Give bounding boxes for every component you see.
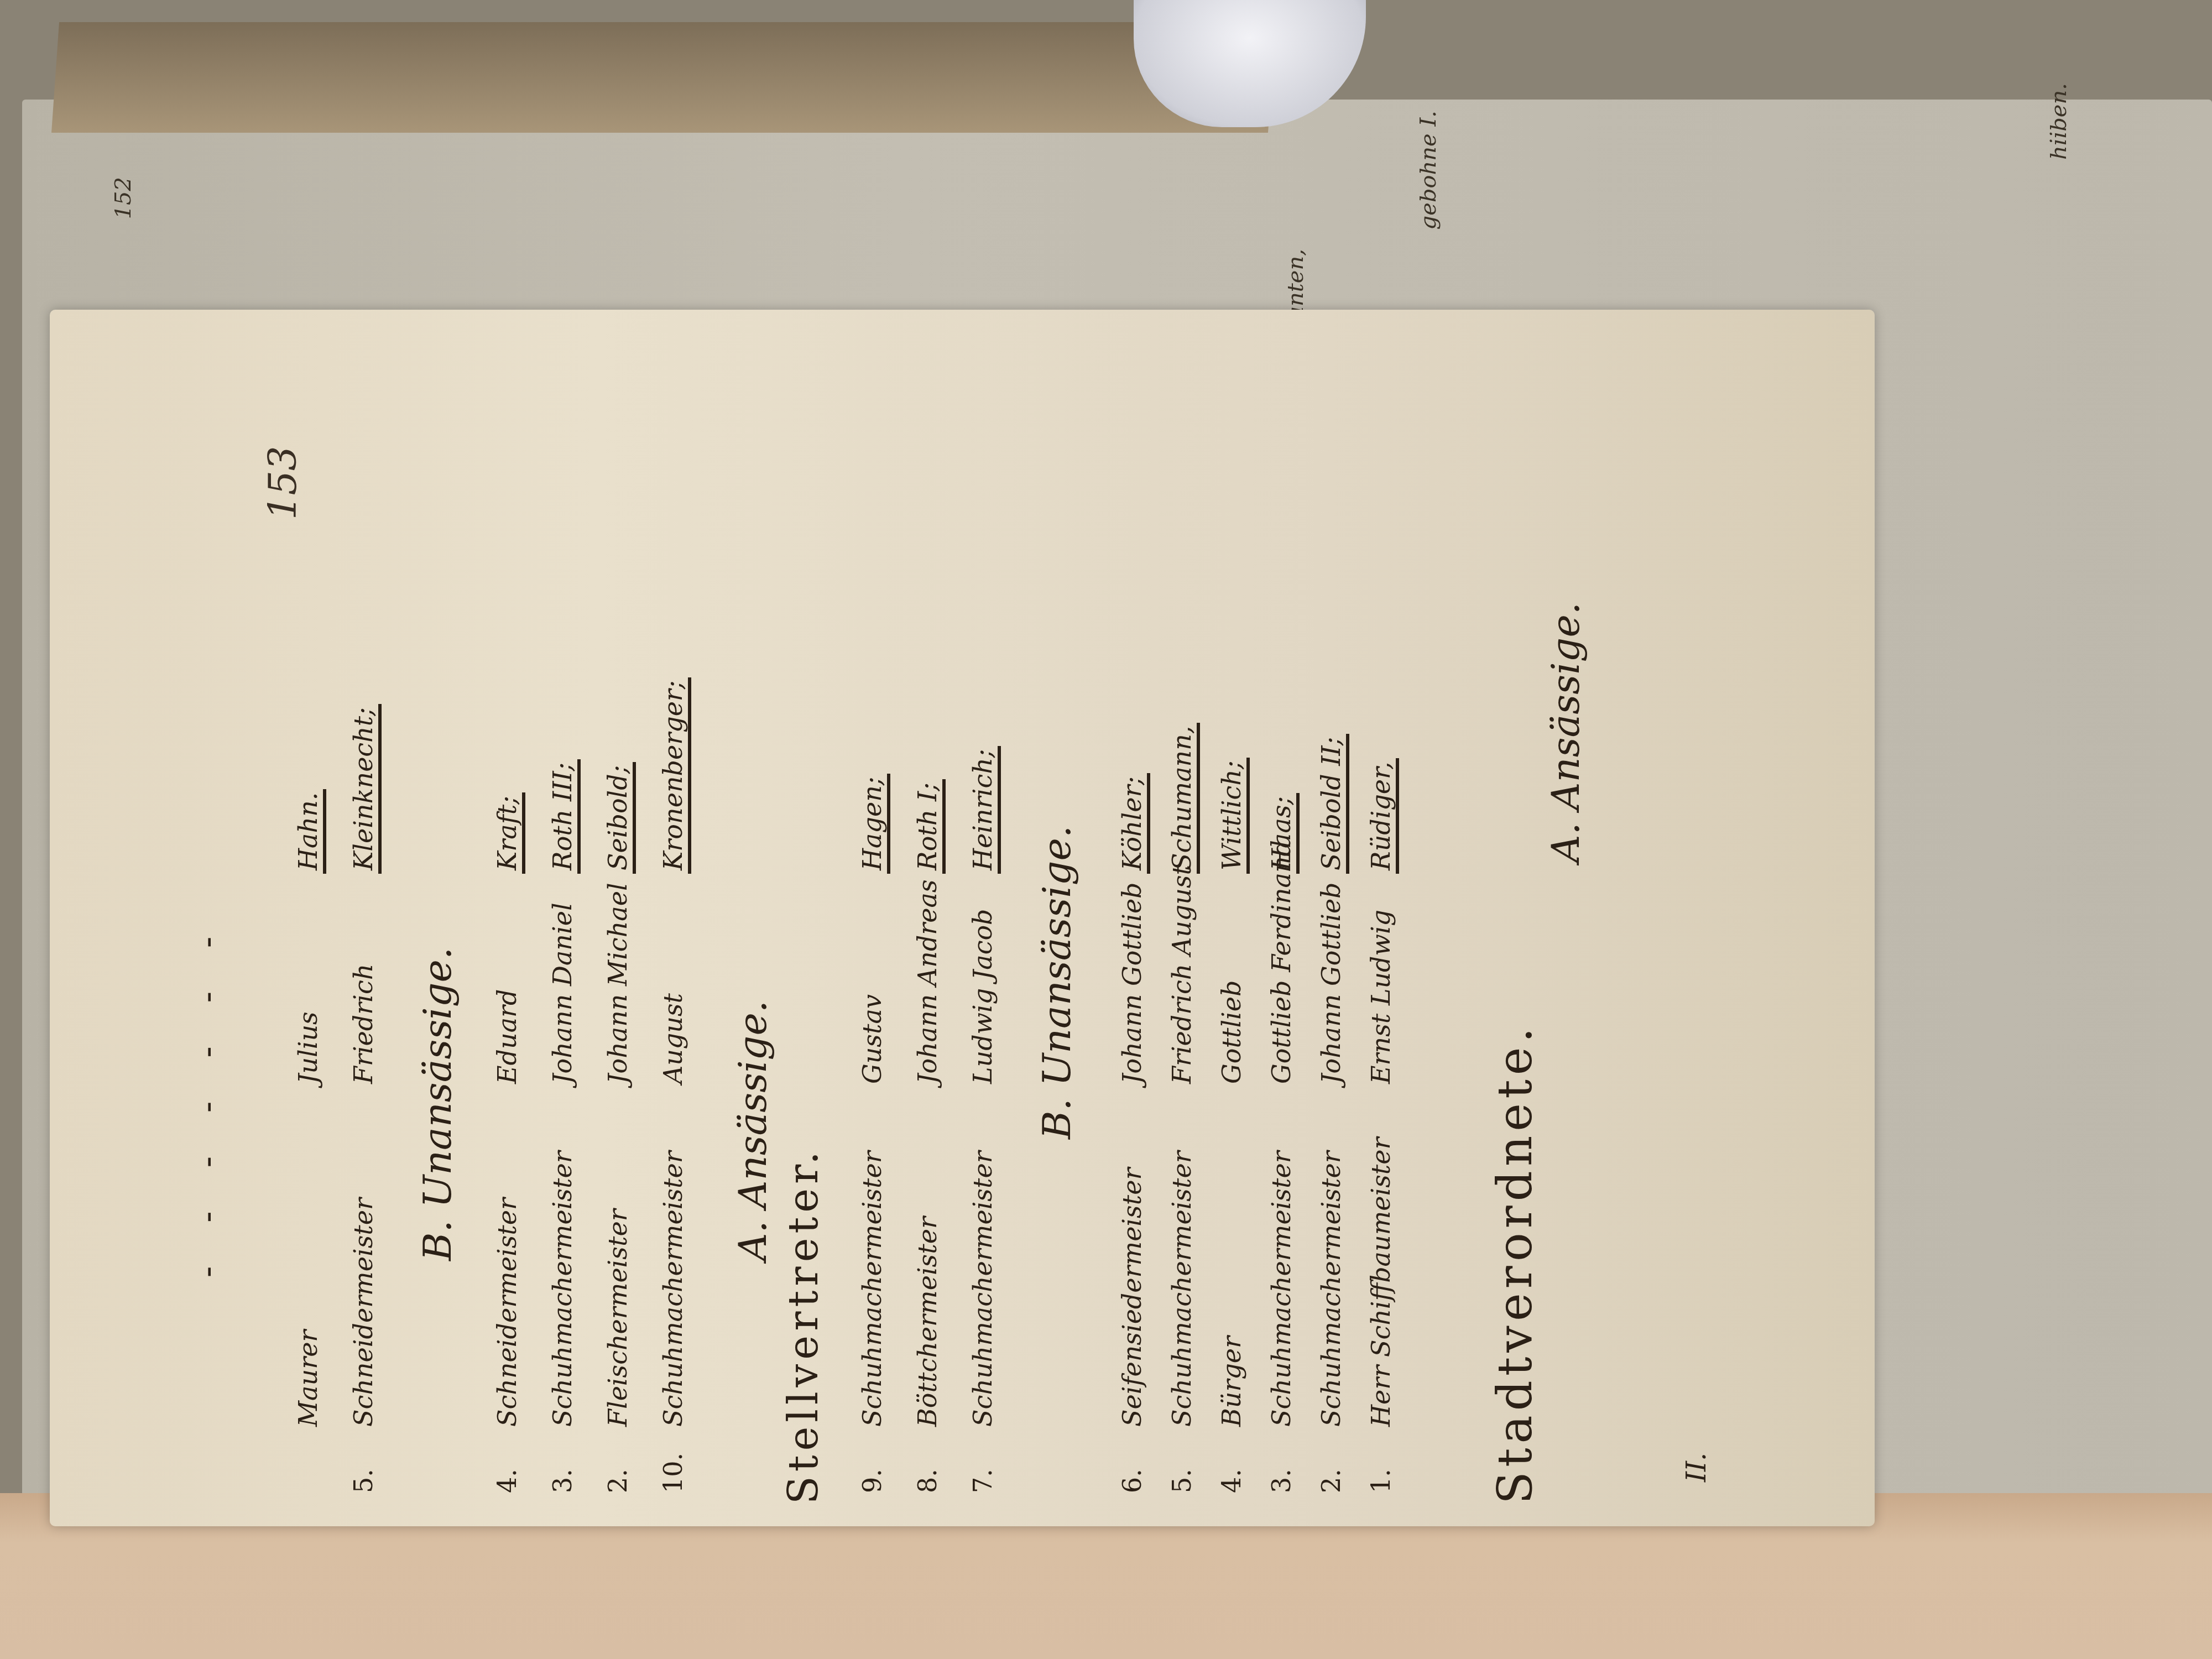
table-row: 7.SchuhmachermeisterLudwig JacobHeinrich… [968,746,1001,1493]
table-row: 3.SchuhmachermeisterJohann DanielRoth II… [547,759,581,1493]
underlying-fragment-6: hiiben. [2046,83,2072,160]
table-row: 2.SchuhmachermeisterJohann GottliebSeibo… [1316,734,1349,1493]
heading-ansaessige: A. Ansässige. [1543,602,1588,863]
table-row: 1.Herr SchiffbaumeisterErnst LudwigRüdig… [1366,758,1399,1493]
table-row: 9.SchuhmachermeisterGustavHagen; [857,774,890,1493]
table-row: 3.SchuhmachermeisterGottlieb FerdinandHa… [1266,793,1300,1493]
corner-mark: II. [1681,1453,1712,1482]
table-row: MaurerJuliusHahn. [293,789,326,1493]
underlying-page-number: 152 [111,177,136,219]
table-row: 5.SchneidermeisterFriedrichKleinknecht; [348,704,382,1493]
underlying-fragment-4: gebohne I. [1416,111,1441,229]
table-row: 10.SchuhmachermeisterAugustKronenberger; [658,677,691,1493]
title-stadtverordnete: Stadtverordnete. [1488,1023,1543,1504]
table-row: 4.SchneidermeisterEduardKraft; [492,792,525,1493]
page-number: 153 [260,446,305,520]
heading-ansaessige-2: A. Ansässige. [730,1000,775,1261]
table-row: 4.BürgerGottliebWittlich; [1217,758,1250,1493]
table-row: 8.BöttchermeisterJohann AndreasRoth I; [912,779,946,1493]
closing-dash-line: - - - - - - - [188,920,227,1277]
table-row: 2.FleischermeisterJohann MichaelSeibold; [603,762,636,1493]
register-page: 153 II. Stadtverordnete. A. Ansässige. 1… [50,310,1875,1526]
heading-unansaessige: B. Unansässige. [1034,826,1079,1139]
heading-unansaessige-2: B. Unansässige. [415,947,460,1261]
table-row: 6.SeifensiedermeisterJohann GottliebKöhl… [1117,773,1150,1493]
table-row: 5.SchuhmachermeisterFriedrich AugustSchu… [1167,723,1200,1493]
title-stellvertreter: Stellvertreter. [780,1147,827,1504]
torn-page-edges [51,22,1276,133]
